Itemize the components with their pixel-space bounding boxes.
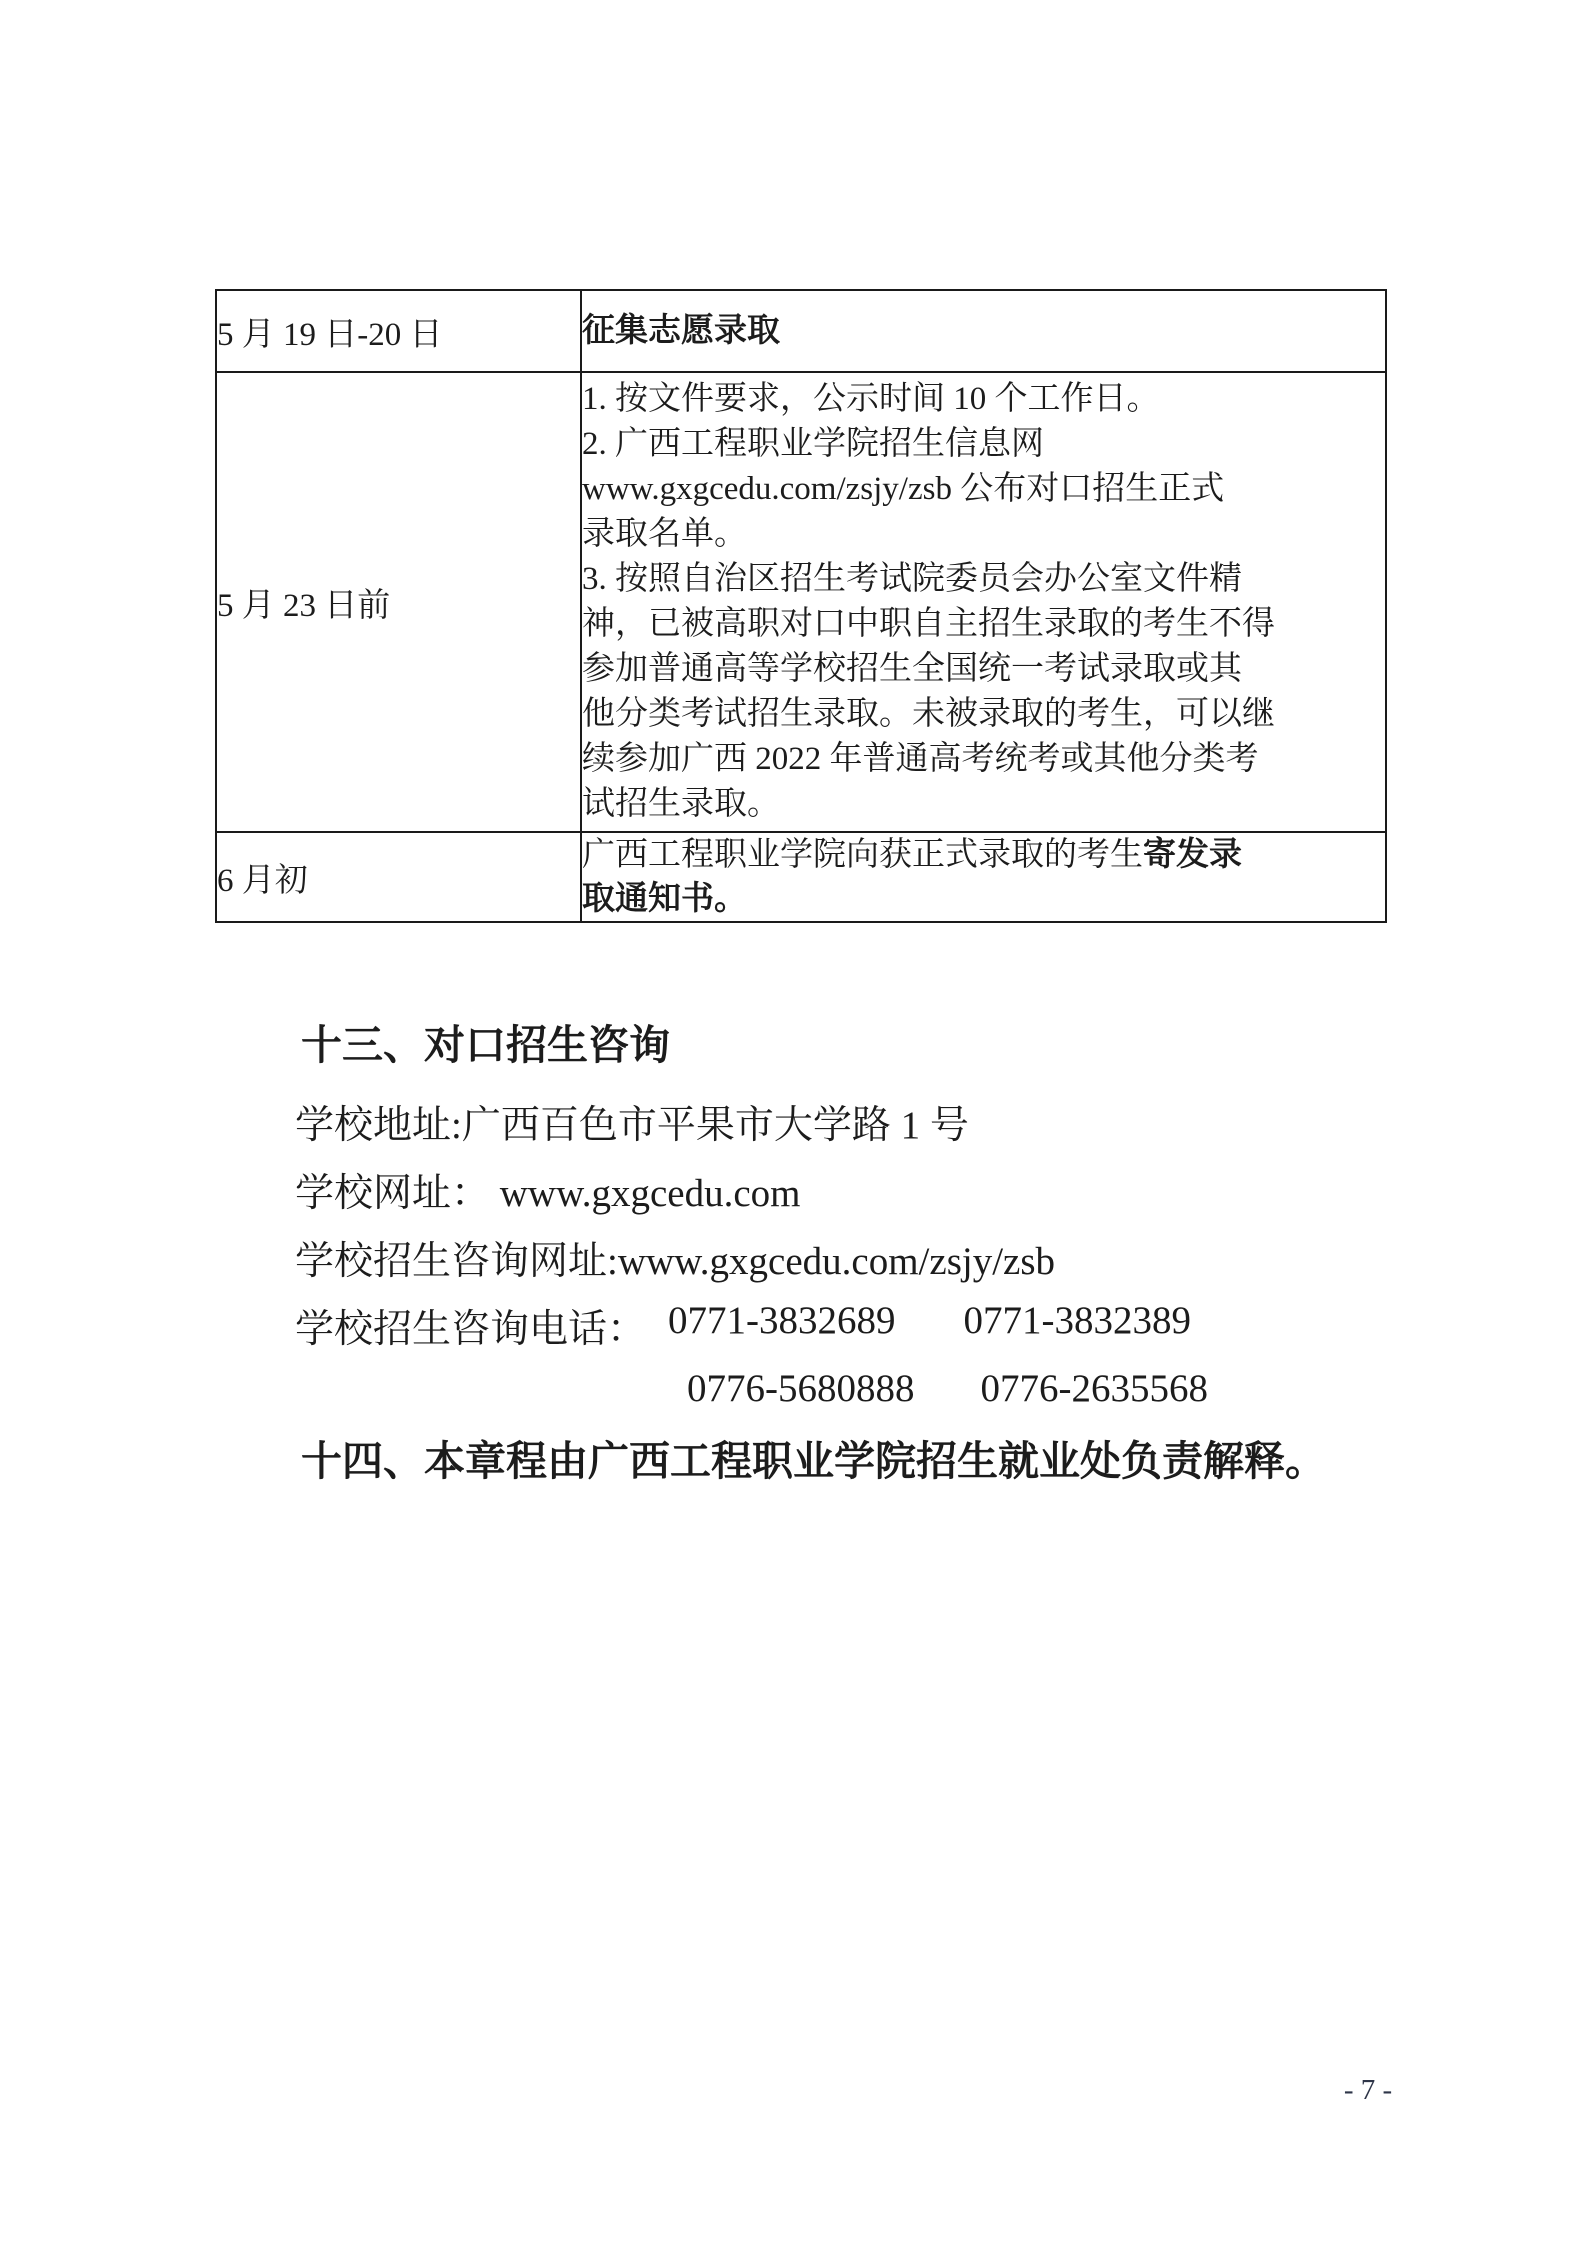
phone-number: 0771-3832689 xyxy=(668,1298,896,1354)
content-line: 续参加广西 2022 年普通高考统考或其他分类考 xyxy=(582,737,1385,782)
phone-line-2: 0776-5680888 0776-2635568 xyxy=(687,1366,1208,1411)
phone-line-1: 学校招生咨询电话： 0771-3832689 0771-3832389 xyxy=(295,1298,1191,1354)
content-cell: 征集志愿录取 xyxy=(581,290,1386,372)
section-14-heading: 十四、本章程由广西工程职业学院招生就业处负责解释。 xyxy=(301,1428,1326,1487)
content-text-bold: 寄发录 xyxy=(1143,837,1242,873)
content-line: 1. 按文件要求，公示时间 10 个工作日。 xyxy=(582,377,1385,422)
content-text: 广西工程职业学院向获正式录取的考生 xyxy=(582,837,1143,873)
content-line: 神，已被高职对口中职自主招生录取的考生不得 xyxy=(582,602,1385,647)
content-line: 录取名单。 xyxy=(582,512,1385,557)
schedule-table: 5 月 19 日-20 日 征集志愿录取 5 月 23 日前 1. 按文件要求，… xyxy=(215,289,1387,923)
admission-consult-url-line: 学校招生咨询网址:www.gxgcedu.com/zsjy/zsb xyxy=(295,1230,1055,1286)
date-cell: 5 月 19 日-20 日 xyxy=(216,290,581,372)
page-number: - 7 - xyxy=(1298,2074,1438,2107)
content-line: 他分类考试招生录取。未被录取的考生，可以继 xyxy=(582,692,1385,737)
content-cell: 1. 按文件要求，公示时间 10 个工作日。 2. 广西工程职业学院招生信息网 … xyxy=(581,372,1386,832)
content-line: 取通知书。 xyxy=(582,877,1385,921)
table-row: 5 月 23 日前 1. 按文件要求，公示时间 10 个工作日。 2. 广西工程… xyxy=(216,372,1386,832)
content-text: 征集志愿录取 xyxy=(582,292,1385,370)
table-row: 5 月 19 日-20 日 征集志愿录取 xyxy=(216,290,1386,372)
school-website-line: 学校网址： www.gxgcedu.com xyxy=(295,1162,800,1218)
school-address-line: 学校地址:广西百色市平果市大学路 1 号 xyxy=(295,1094,969,1150)
content-line: 2. 广西工程职业学院招生信息网 xyxy=(582,422,1385,467)
date-cell: 5 月 23 日前 xyxy=(216,372,581,832)
content-line: 广西工程职业学院向获正式录取的考生寄发录 xyxy=(582,833,1385,877)
phone-number: 0771-3832389 xyxy=(964,1298,1192,1354)
document-page: 5 月 19 日-20 日 征集志愿录取 5 月 23 日前 1. 按文件要求，… xyxy=(0,0,1587,2245)
content-line: 参加普通高等学校招生全国统一考试录取或其 xyxy=(582,647,1385,692)
phone-number: 0776-5680888 xyxy=(687,1366,915,1411)
content-cell: 广西工程职业学院向获正式录取的考生寄发录 取通知书。 xyxy=(581,832,1386,922)
phone-label: 学校招生咨询电话： xyxy=(295,1298,646,1354)
date-cell: 6 月初 xyxy=(216,832,581,922)
content-line: 3. 按照自治区招生考试院委员会办公室文件精 xyxy=(582,557,1385,602)
content-line: www.gxgcedu.com/zsjy/zsb 公布对口招生正式 xyxy=(582,467,1385,512)
content-line: 试招生录取。 xyxy=(582,782,1385,827)
content-text-bold: 取通知书。 xyxy=(582,881,747,917)
table-row: 6 月初 广西工程职业学院向获正式录取的考生寄发录 取通知书。 xyxy=(216,832,1386,922)
section-13-heading: 十三、对口招生咨询 xyxy=(301,1012,670,1071)
phone-number: 0776-2635568 xyxy=(981,1366,1209,1411)
